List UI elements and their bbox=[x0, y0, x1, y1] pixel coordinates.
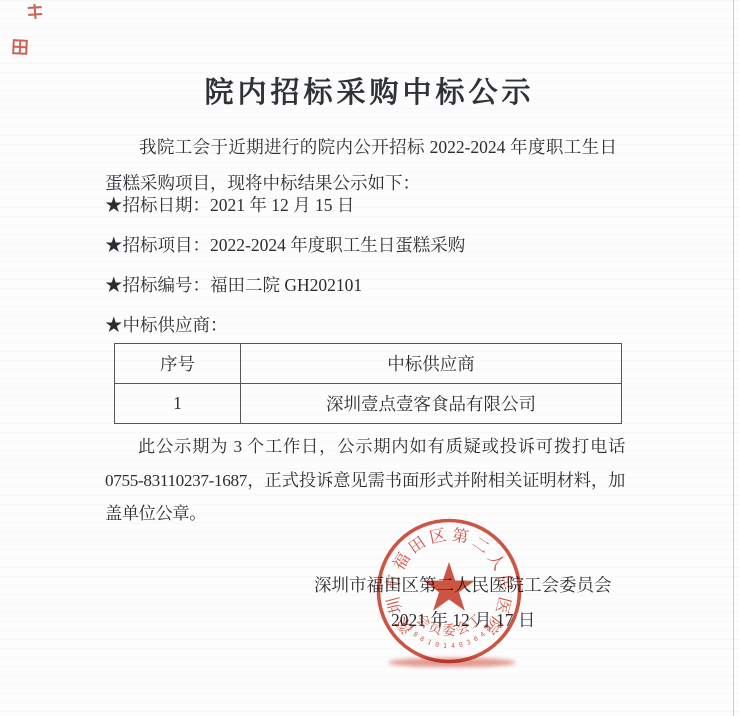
cell-serial-number: 1 bbox=[115, 384, 241, 424]
svg-text:二: 二 bbox=[469, 533, 493, 558]
svg-text:0: 0 bbox=[458, 640, 464, 649]
svg-text:区: 区 bbox=[428, 525, 448, 547]
svg-text:福: 福 bbox=[389, 549, 414, 573]
winning-supplier-table: 序号 中标供应商 1 深圳壹点壹客食品有限公司 bbox=[114, 343, 622, 424]
svg-text:8: 8 bbox=[418, 635, 425, 644]
star-icon bbox=[423, 562, 474, 611]
header-serial-number: 序号 bbox=[115, 344, 241, 384]
scanned-document-page: 院内招标采购中标公示 我院工会于近期进行的院内公开招标 2022-2024 年度… bbox=[0, 0, 739, 716]
svg-text:医: 医 bbox=[492, 595, 515, 616]
svg-text:4: 4 bbox=[451, 642, 456, 650]
svg-text:人: 人 bbox=[484, 549, 509, 573]
svg-text:圳: 圳 bbox=[384, 595, 407, 616]
svg-text:1: 1 bbox=[426, 638, 433, 647]
winning-supplier-line: ★中标供应商： bbox=[105, 305, 665, 345]
svg-text:市: 市 bbox=[383, 573, 404, 592]
cell-supplier-name: 深圳壹点壹客食品有限公司 bbox=[241, 384, 622, 424]
svg-text:4: 4 bbox=[479, 630, 487, 639]
official-seal: 深圳市福田区第二人民医院 工会委员会 440304101881 bbox=[374, 516, 524, 666]
svg-text:8: 8 bbox=[411, 630, 419, 639]
bid-number-line: ★招标编号：福田二院 GH202101 bbox=[105, 265, 665, 305]
table-header-row: 序号 中标供应商 bbox=[115, 344, 622, 384]
svg-text:田: 田 bbox=[405, 533, 429, 558]
stamp-fragment-icon bbox=[11, 38, 30, 57]
svg-text:民: 民 bbox=[494, 573, 515, 592]
closing-paragraph: 此公示期为 3 个工作日，公示期内如有质疑或投诉可拨打电话 0755-83110… bbox=[105, 430, 625, 531]
document-title: 院内招标采购中标公示 bbox=[0, 70, 739, 111]
svg-text:0: 0 bbox=[434, 640, 440, 649]
table-row: 1 深圳壹点壹客食品有限公司 bbox=[115, 384, 622, 424]
svg-text:第: 第 bbox=[450, 525, 470, 547]
header-supplier: 中标供应商 bbox=[241, 344, 622, 384]
seal-ink-smudge bbox=[388, 658, 516, 667]
svg-text:3: 3 bbox=[465, 638, 472, 647]
bid-date-line: ★招标日期：2021 年 12 月 15 日 bbox=[105, 185, 665, 225]
bid-project-line: ★招标项目：2022-2024 年度职工生日蛋糕采购 bbox=[105, 225, 665, 265]
stamp-fragment-icon bbox=[25, 2, 44, 20]
svg-text:1: 1 bbox=[443, 642, 448, 650]
scan-page-edge bbox=[733, 0, 734, 716]
svg-text:委: 委 bbox=[442, 623, 456, 639]
bullet-list: ★招标日期：2021 年 12 月 15 日 ★招标项目：2022-2024 年… bbox=[105, 185, 665, 345]
svg-text:0: 0 bbox=[472, 634, 479, 643]
